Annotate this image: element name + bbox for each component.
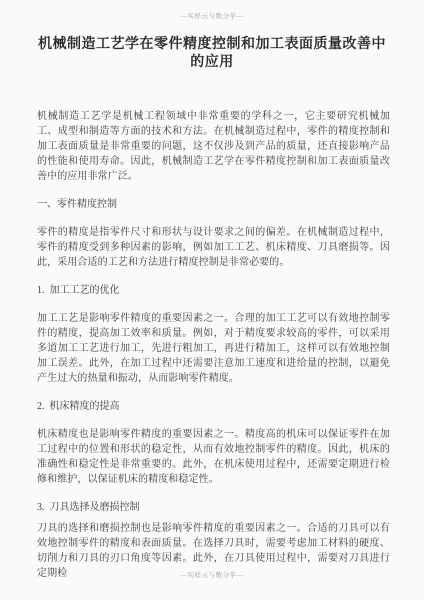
page-title: 机械制造工艺学在零件精度控制和加工表面质量改善中的应用	[34, 36, 390, 72]
intro-paragraph: 机械制造工艺学是机械工程领域中非常重要的学科之一，它主要研究机械加工、成型和制造…	[37, 109, 390, 184]
paragraph-process-optimization: 加工工艺是影响零件精度的重要因素之一。合理的加工工艺可以有效地控制零件的精度，提…	[37, 311, 390, 386]
subsection-heading-machine-precision: 2. 机床精度的提高	[37, 399, 390, 414]
document-body: 机械制造工艺学是机械工程领域中非常重要的学科之一，它主要研究机械加工、成型和制造…	[0, 109, 424, 581]
subsection-heading-tool-wear-control: 3. 刀具选择及磨损控制	[37, 500, 390, 515]
footer-note: —实样云与数分学—	[0, 571, 424, 580]
document-page: —实样云与数分学— 机械制造工艺学在零件精度控制和加工表面质量改善中的应用 机械…	[0, 0, 424, 600]
paragraph-precision-definition: 零件的精度是指零件尺寸和形状与设计要求之间的偏差。在机械制造过程中，零件的精度受…	[37, 225, 390, 270]
paragraph-machine-precision: 机床精度也是影响零件精度的重要因素之一。精度高的机床可以保证零件在加工过程中的位…	[37, 427, 390, 487]
header-note: —实样云与数分学—	[0, 0, 424, 21]
subsection-heading-process-optimization: 1. 加工工艺的优化	[37, 283, 390, 298]
section-heading-precision-control: 一、零件精度控制	[37, 197, 390, 212]
